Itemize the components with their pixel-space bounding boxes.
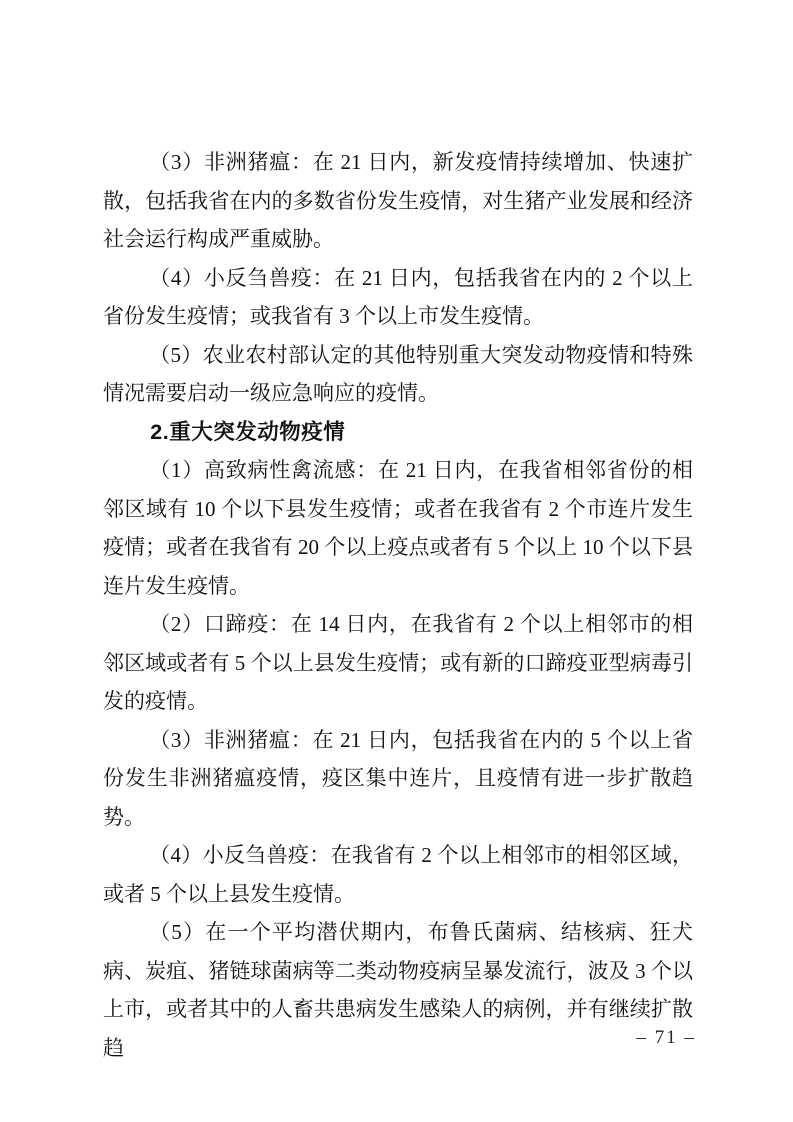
document-page: （3）非洲猪瘟：在 21 日内，新发疫情持续增加、快速扩散，包括我省在内的多数省… <box>0 0 793 1122</box>
page-number: – 71 – <box>637 1026 697 1050</box>
paragraph-class2-diseases: （5）在一个平均潜伏期内，布鲁氏菌病、结核病、狂犬病、炭疽、猪链球菌病等二类动物… <box>103 913 693 1067</box>
paragraph-ppr-level2: （4）小反刍兽疫：在我省有 2 个以上相邻市的相邻区域，或者 5 个以上县发生疫… <box>103 836 693 913</box>
paragraph-ppr-level1: （4）小反刍兽疫：在 21 日内，包括我省在内的 2 个以上省份发生疫情；或我省… <box>103 259 693 336</box>
paragraph-other-level1: （5）农业农村部认定的其他特别重大突发动物疫情和特殊情况需要启动一级应急响应的疫… <box>103 336 693 413</box>
paragraph-asf-level2: （3）非洲猪瘟：在 21 日内，包括我省在内的 5 个以上省份发生非洲猪瘟疫情，… <box>103 721 693 837</box>
paragraph-fmd-level2: （2）口蹄疫：在 14 日内，在我省有 2 个以上相邻市的相邻区域或者有 5 个… <box>103 605 693 721</box>
section-heading-major-epidemic: 2.重大突发动物疫情 <box>103 413 693 452</box>
document-body: （3）非洲猪瘟：在 21 日内，新发疫情持续增加、快速扩散，包括我省在内的多数省… <box>103 143 693 1067</box>
paragraph-avian-flu-level2: （1）高致病性禽流感：在 21 日内，在我省相邻省份的相邻区域有 10 个以下县… <box>103 451 693 605</box>
paragraph-asf-level1: （3）非洲猪瘟：在 21 日内，新发疫情持续增加、快速扩散，包括我省在内的多数省… <box>103 143 693 259</box>
